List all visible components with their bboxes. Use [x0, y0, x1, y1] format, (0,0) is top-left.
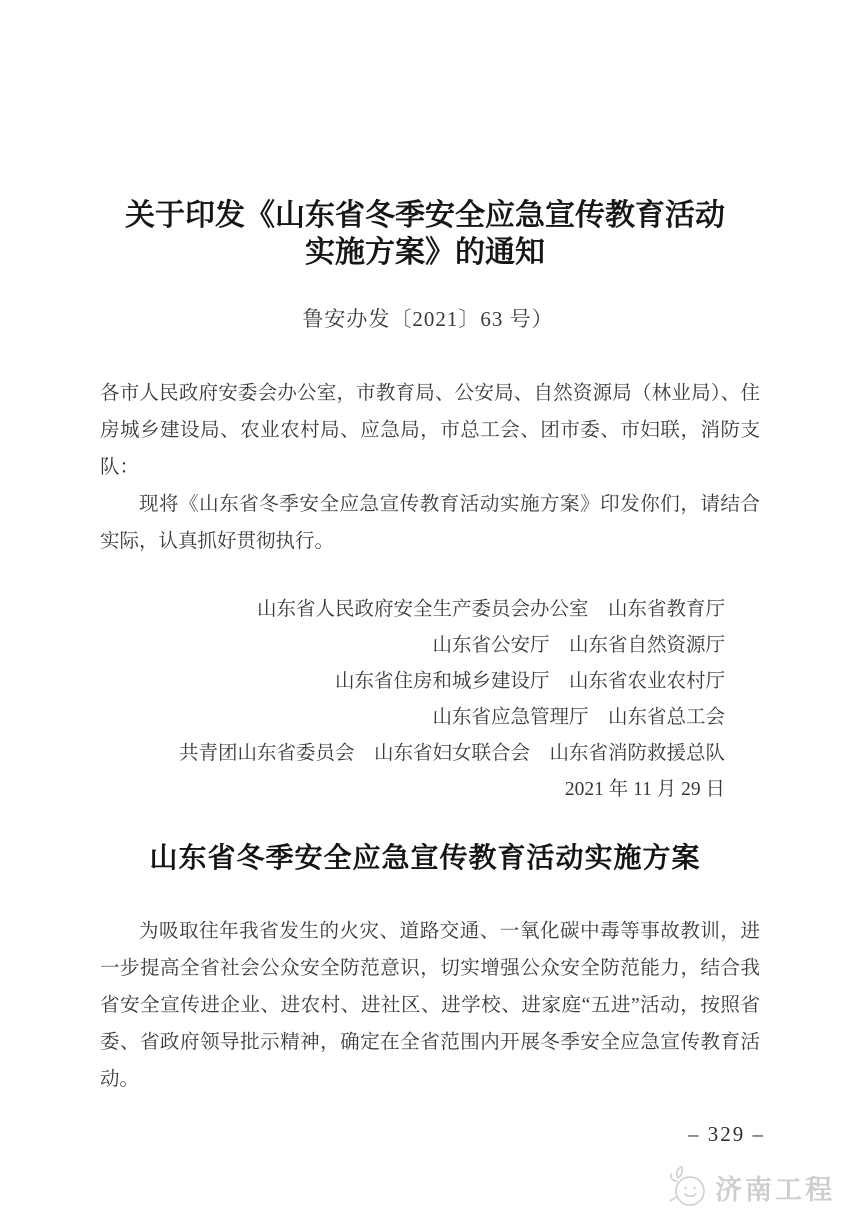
- mascot-logo-icon: [668, 1164, 710, 1210]
- document-page: 关于印发《山东省冬季安全应急宣传教育活动 实施方案》的通知 鲁安办发〔2021〕…: [0, 0, 856, 1225]
- notice-title-line-2: 实施方案》的通知: [0, 234, 850, 271]
- signer-line: 山东省应急管理厅 山东省总工会: [100, 700, 725, 736]
- plan-body: 为吸取往年我省发生的火灾、道路交通、一氧化碳中毒等事故教训，进一步提高全省社会公…: [100, 913, 760, 1098]
- notice-body: 各市人民政府安委会办公室，市教育局、公安局、自然资源局（林业局）、住房城乡建设局…: [100, 375, 760, 560]
- signer-line: 共青团山东省委员会 山东省妇女联合会 山东省消防救援总队: [100, 736, 725, 772]
- plan-title: 山东省冬季安全应急宣传教育活动实施方案: [0, 841, 850, 877]
- document-number: 鲁安办发〔2021〕63 号）: [0, 305, 856, 333]
- watermark-text: 济南工程: [715, 1168, 835, 1207]
- recipients-paragraph: 各市人民政府安委会办公室，市教育局、公安局、自然资源局（林业局）、住房城乡建设局…: [100, 375, 760, 486]
- directive-paragraph: 现将《山东省冬季安全应急宣传教育活动实施方案》印发你们，请结合实际，认真抓好贯彻…: [100, 486, 760, 560]
- plan-paragraph: 为吸取往年我省发生的火灾、道路交通、一氧化碳中毒等事故教训，进一步提高全省社会公…: [100, 913, 760, 1098]
- signer-line: 山东省人民政府安全生产委员会办公室 山东省教育厅: [100, 592, 725, 628]
- page-number: – 329 –: [688, 1122, 765, 1146]
- watermark: 济南工程: [668, 1164, 835, 1210]
- signer-line: 山东省住房和城乡建设厅 山东省农业农村厅: [100, 664, 725, 700]
- notice-title-line-1: 关于印发《山东省冬季安全应急宣传教育活动: [0, 197, 850, 234]
- signer-line: 山东省公安厅 山东省自然资源厅: [100, 628, 725, 664]
- signature-block: 山东省人民政府安全生产委员会办公室 山东省教育厅 山东省公安厅 山东省自然资源厅…: [100, 592, 725, 808]
- issue-date: 2021 年 11 月 29 日: [100, 772, 725, 808]
- notice-title: 关于印发《山东省冬季安全应急宣传教育活动 实施方案》的通知: [0, 197, 850, 271]
